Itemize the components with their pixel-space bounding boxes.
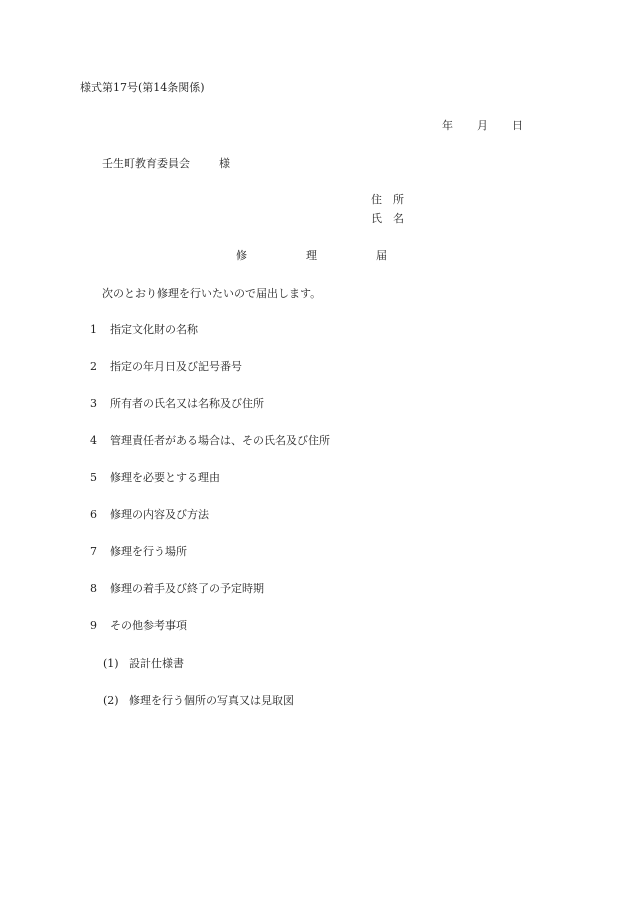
list-item: 4管理責任者がある場合は、その氏名及び住所 xyxy=(90,434,330,448)
list-item: 5修理を必要とする理由 xyxy=(90,471,220,485)
intro-text: 次のとおり修理を行いたいので届出します。 xyxy=(102,287,321,301)
sub-list-item: (1)設計仕様書 xyxy=(103,657,184,671)
addressee-name: 壬生町教育委員会 xyxy=(102,157,190,171)
sub-list-item: (2)修理を行う個所の写真又は見取図 xyxy=(103,694,294,708)
list-item: 6修理の内容及び方法 xyxy=(90,508,209,522)
list-item: 8修理の着手及び終了の予定時期 xyxy=(90,582,264,596)
list-item: 9その他参考事項 xyxy=(90,619,187,633)
title-char-3: 届 xyxy=(376,249,387,263)
date-year-label: 年 xyxy=(442,119,453,133)
address-label: 住 所 xyxy=(371,193,404,207)
addressee-honorific: 様 xyxy=(219,157,230,171)
list-item: 3所有者の氏名又は名称及び住所 xyxy=(90,397,264,411)
form-number: 様式第17号(第14条関係) xyxy=(80,81,205,95)
title-char-2: 理 xyxy=(306,249,317,263)
list-item: 1指定文化財の名称 xyxy=(90,323,198,337)
date-day-label: 日 xyxy=(512,119,523,133)
list-item: 2指定の年月日及び記号番号 xyxy=(90,360,242,374)
name-label: 氏 名 xyxy=(371,212,404,226)
title-char-1: 修 xyxy=(236,249,247,263)
list-item: 7修理を行う場所 xyxy=(90,545,187,559)
date-month-label: 月 xyxy=(477,119,488,133)
